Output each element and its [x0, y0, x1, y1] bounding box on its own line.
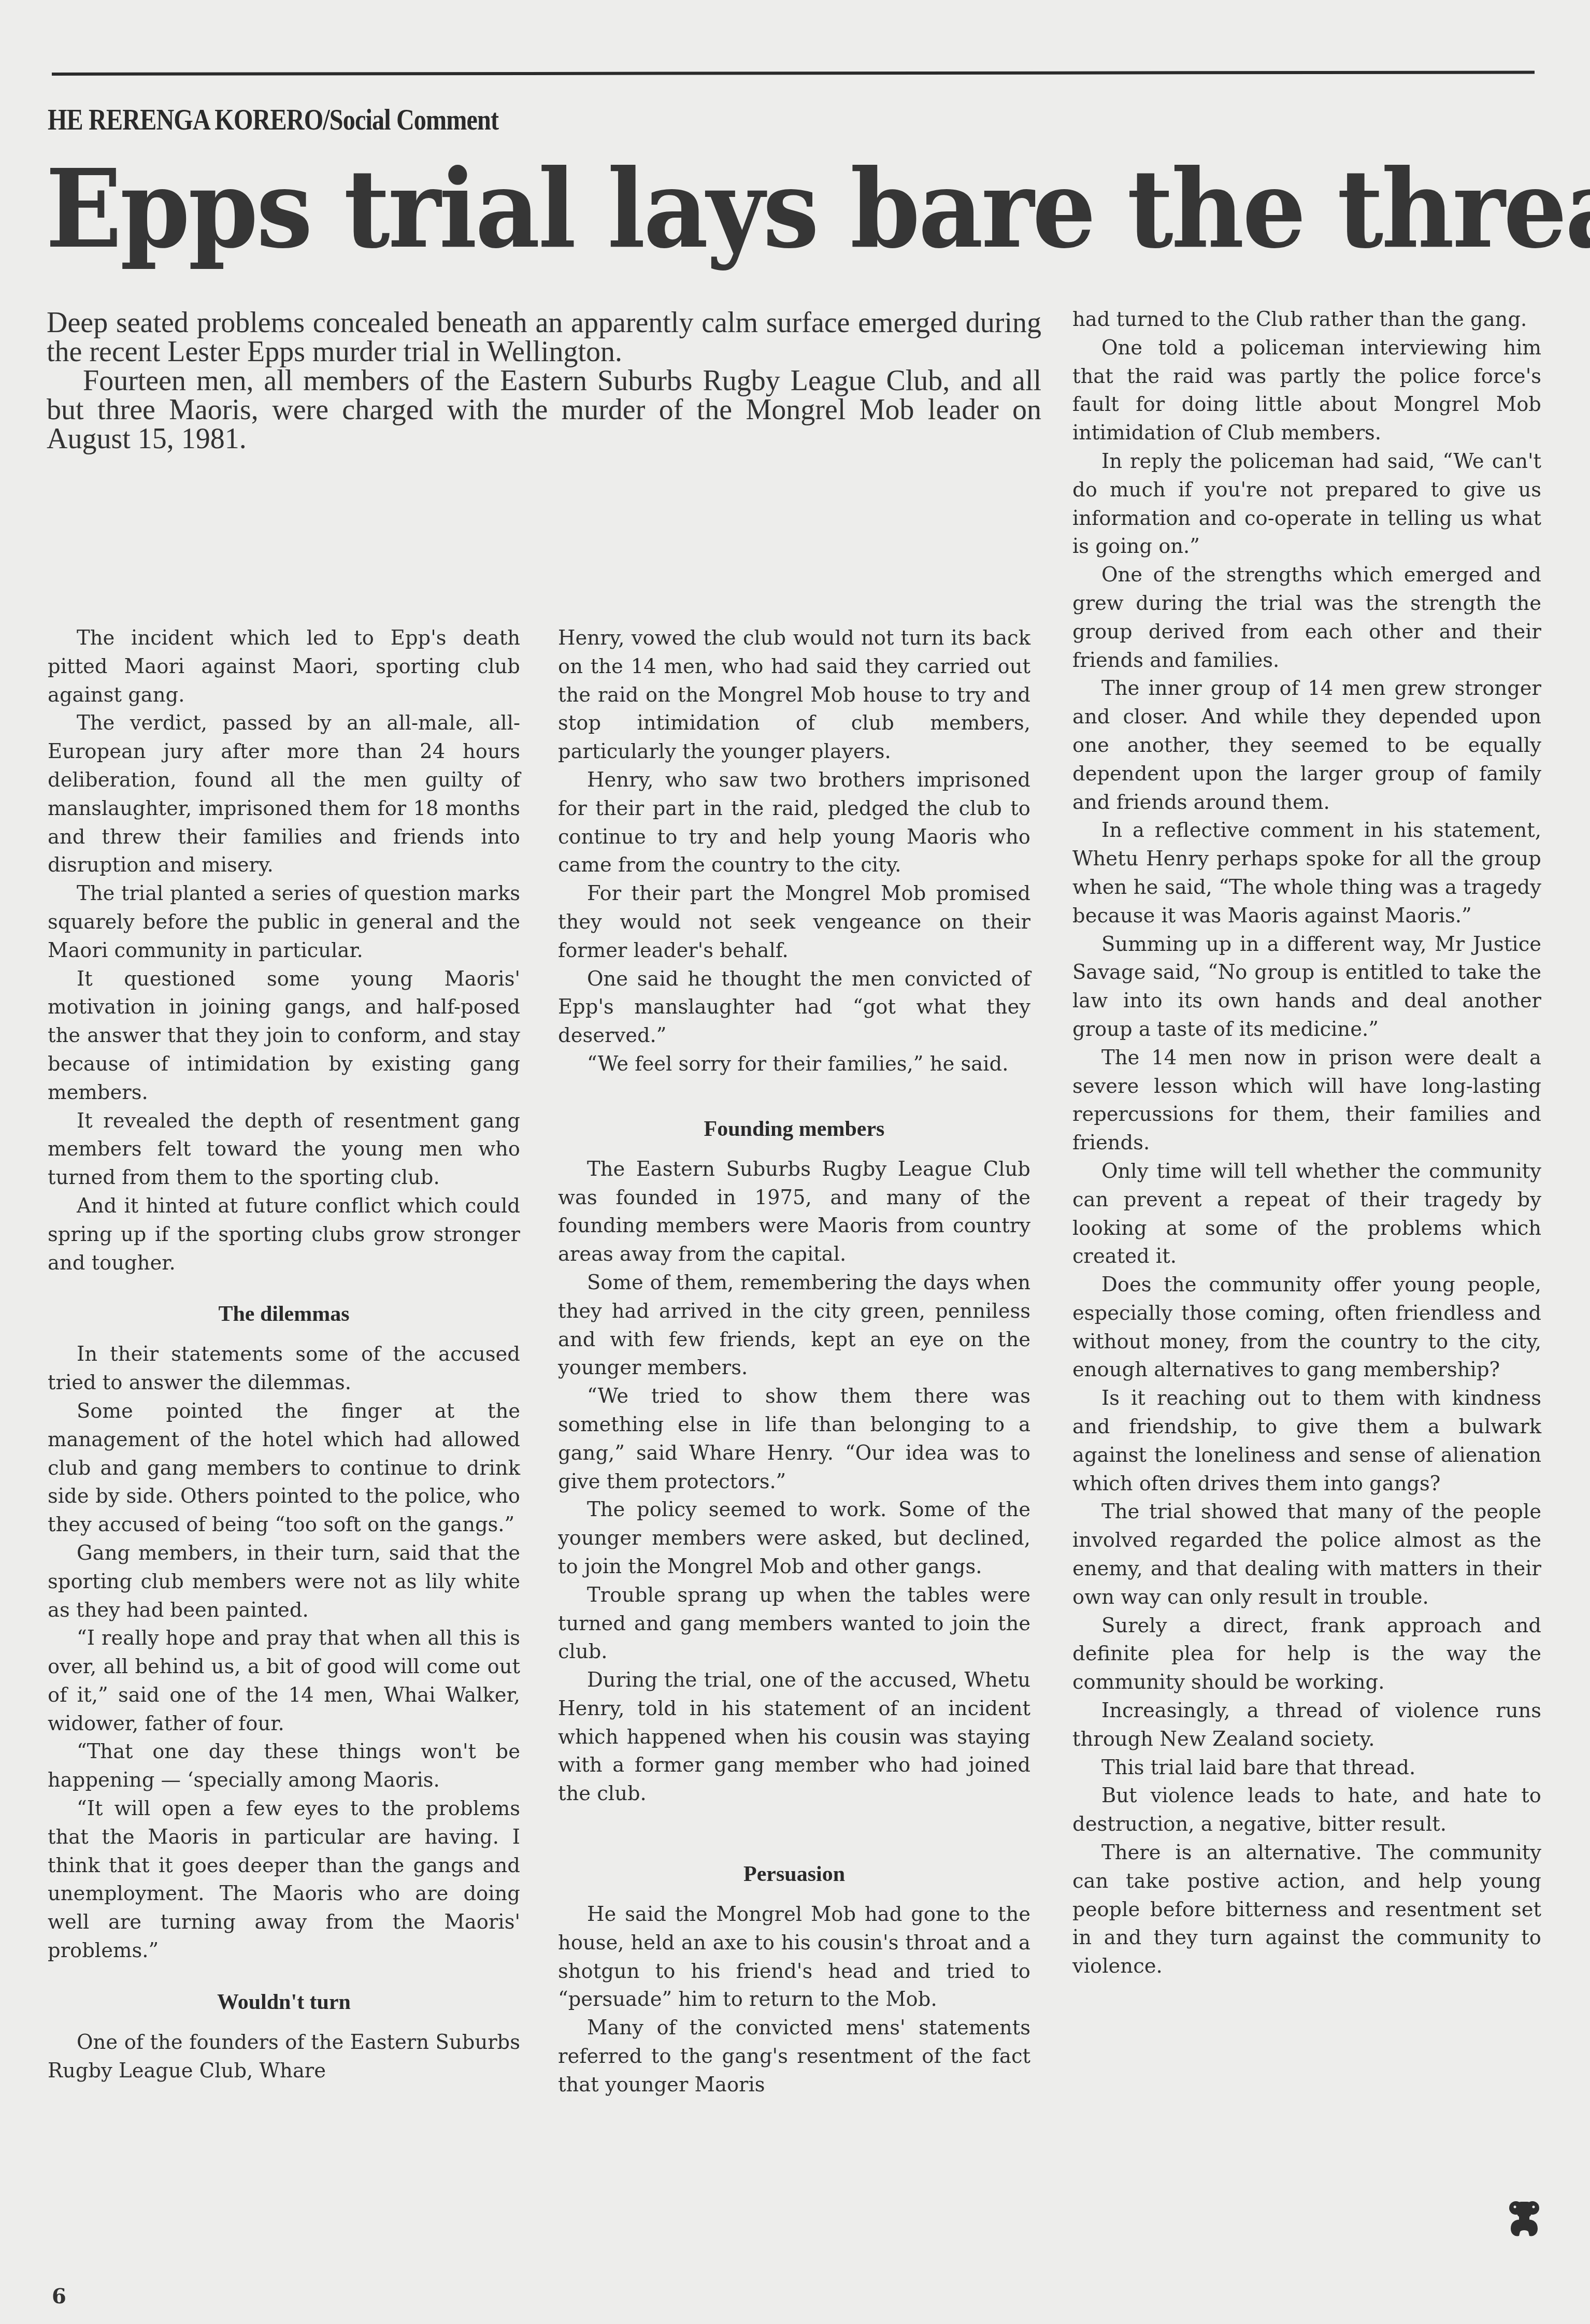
top-rule-divider — [52, 71, 1535, 76]
column-3: had turned to the Club rather than the g… — [1072, 306, 1541, 1981]
headline: Epps trial lays bare the thread — [46, 155, 1590, 263]
page-number: 6 — [52, 2284, 66, 2308]
tiki-end-mark-icon — [1509, 2200, 1540, 2237]
body-paragraph: One said he thought the men convicted of… — [558, 965, 1030, 1050]
body-paragraph: The policy seemed to work. Some of the y… — [558, 1496, 1030, 1581]
body-paragraph: There is an alternative. The community c… — [1072, 1839, 1541, 1981]
body-paragraph: During the trial, one of the accused, Wh… — [558, 1666, 1030, 1808]
body-paragraph: And it hinted at future conflict which c… — [48, 1192, 520, 1277]
body-paragraph: Henry, who saw two brothers imprisoned f… — [558, 766, 1030, 880]
standfirst: Deep seated problems concealed beneath a… — [47, 308, 1041, 453]
subheading-dilemmas: The dilemmas — [48, 1300, 520, 1328]
body-paragraph: Trouble sprang up when the tables were t… — [558, 1581, 1030, 1666]
body-paragraph: In a reflective comment in his statement… — [1072, 817, 1541, 930]
body-paragraph: The trial planted a series of question m… — [48, 880, 520, 965]
body-paragraph: The 14 men now in prison were dealt a se… — [1072, 1044, 1541, 1158]
body-paragraph: “It will open a few eyes to the problems… — [48, 1795, 520, 1965]
magazine-page: HE RERENGA KORERO/Social Comment Epps tr… — [0, 0, 1590, 2324]
body-paragraph: It questioned some young Maoris' motivat… — [48, 965, 520, 1107]
body-paragraph: This trial laid bare that thread. — [1072, 1754, 1541, 1783]
body-paragraph: Does the community offer young people, e… — [1072, 1271, 1541, 1385]
body-paragraph: “I really hope and pray that when all th… — [48, 1624, 520, 1738]
subheading-wouldnt-turn: Wouldn't turn — [48, 1988, 520, 2016]
body-paragraph: The verdict, passed by an all-male, all-… — [48, 709, 520, 880]
column-1: The incident which led to Epp's death pi… — [48, 624, 520, 2085]
column-2: Henry, vowed the club would not turn its… — [558, 624, 1030, 2100]
body-paragraph: Is it reaching out to them with kindness… — [1072, 1385, 1541, 1498]
subheading-founding-members: Founding members — [558, 1115, 1030, 1143]
body-paragraph: But violence leads to hate, and hate to … — [1072, 1782, 1541, 1839]
body-paragraph: One told a policeman interviewing him th… — [1072, 334, 1541, 448]
body-paragraph: Some of them, remembering the days when … — [558, 1269, 1030, 1382]
body-paragraph: Some pointed the finger at the managemen… — [48, 1398, 520, 1539]
body-paragraph: “That one day these things won't be happ… — [48, 1738, 520, 1795]
standfirst-paragraph: Fourteen men, all members of the Eastern… — [47, 366, 1041, 453]
body-paragraph: The incident which led to Epp's death pi… — [48, 624, 520, 709]
body-paragraph: Only time will tell whether the communit… — [1072, 1158, 1541, 1271]
body-paragraph: Summing up in a different way, Mr Justic… — [1072, 931, 1541, 1044]
body-paragraph: The Eastern Suburbs Rugby League Club wa… — [558, 1156, 1030, 1269]
standfirst-paragraph: Deep seated problems concealed beneath a… — [47, 308, 1041, 366]
body-paragraph: One of the founders of the Eastern Subur… — [48, 2029, 520, 2086]
body-paragraph: “We tried to show them there was somethi… — [558, 1382, 1030, 1496]
body-paragraph: “We feel sorry for their families,” he s… — [558, 1050, 1030, 1079]
body-paragraph: The inner group of 14 men grew stronger … — [1072, 675, 1541, 817]
section-label: HE RERENGA KORERO/Social Comment — [48, 104, 498, 137]
body-paragraph: He said the Mongrel Mob had gone to the … — [558, 1901, 1030, 2014]
body-paragraph: It revealed the depth of resentment gang… — [48, 1107, 520, 1192]
body-paragraph: The trial showed that many of the people… — [1072, 1498, 1541, 1612]
body-paragraph: For their part the Mongrel Mob promised … — [558, 880, 1030, 965]
body-paragraph: In their statements some of the accused … — [48, 1341, 520, 1398]
body-paragraph-continued: Henry, vowed the club would not turn its… — [558, 624, 1030, 766]
body-paragraph: In reply the policeman had said, “We can… — [1072, 448, 1541, 561]
body-paragraph: Increasingly, a thread of violence runs … — [1072, 1697, 1541, 1754]
body-paragraph: Many of the convicted mens' statements r… — [558, 2014, 1030, 2099]
body-paragraph-continued: had turned to the Club rather than the g… — [1072, 306, 1541, 334]
body-paragraph: Surely a direct, frank approach and defi… — [1072, 1612, 1541, 1697]
body-paragraph: One of the strengths which emerged and g… — [1072, 561, 1541, 675]
subheading-persuasion: Persuasion — [558, 1860, 1030, 1888]
body-paragraph: Gang members, in their turn, said that t… — [48, 1539, 520, 1624]
